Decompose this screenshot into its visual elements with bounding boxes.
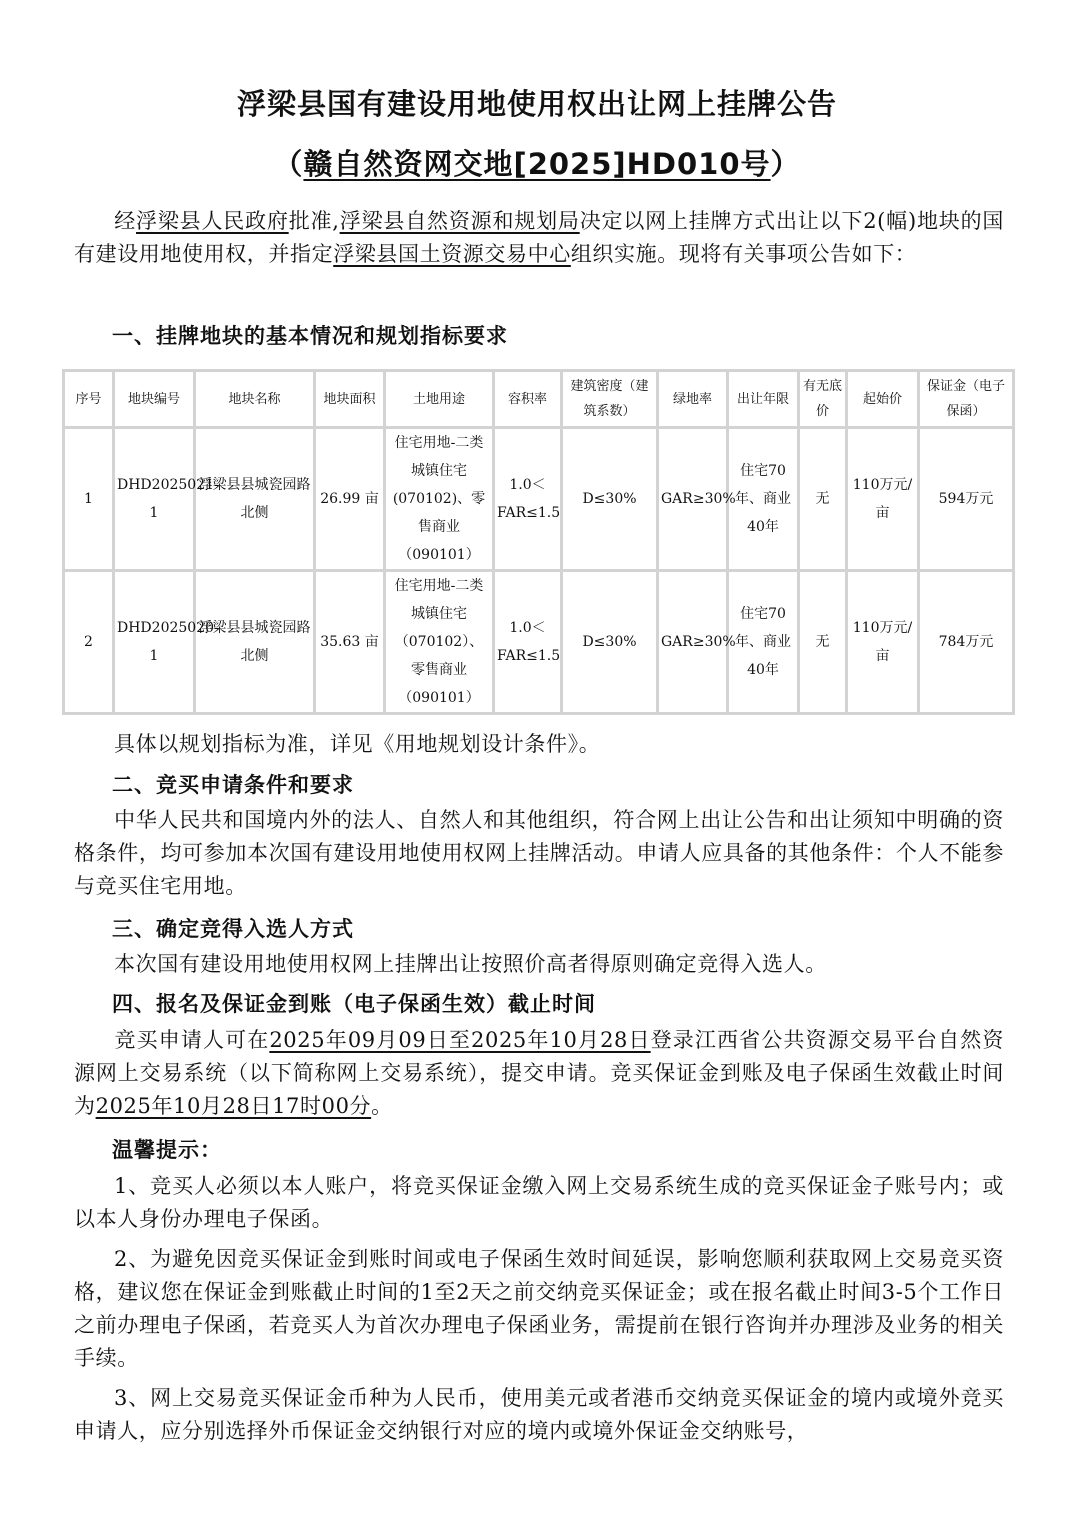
intro-text: 组织实施。现将有关事项公告如下： — [571, 242, 917, 266]
header-far: 容积率 — [494, 371, 562, 428]
header-use: 土地用途 — [385, 371, 494, 428]
header-area: 地块面积 — [315, 371, 385, 428]
document-number: （赣自然资网交地[2025]HD010号） — [0, 142, 1074, 183]
cell-start-price: 110万元/亩 — [847, 428, 919, 571]
county-government: 浮梁县人民政府 — [136, 209, 289, 233]
paren-open: （ — [273, 147, 303, 181]
land-parcel-table: 序号 地块编号 地块名称 地块面积 土地用途 容积率 建筑密度（建筑系数） 绿地… — [62, 369, 1015, 715]
deposit-deadline: 2025年10月28日17时00分 — [96, 1094, 372, 1118]
tip-item: 3、网上交易竞买保证金币种为人民币，使用美元或者港币交纳竞买保证金的境内或境外竞… — [74, 1382, 1004, 1448]
section-4-heading: 四、报名及保证金到账（电子保函生效）截止时间 — [112, 988, 596, 1018]
section-3-body: 本次国有建设用地使用权网上挂牌出让按照价高者得原则确定竞得入选人。 — [74, 948, 1004, 981]
cell-deposit: 594万元 — [919, 428, 1014, 571]
header-reserve: 有无底价 — [799, 371, 847, 428]
header-term: 出让年限 — [728, 371, 799, 428]
section-4-body: 竞买申请人可在2025年09月09日至2025年10月28日登录江西省公共资源交… — [74, 1024, 1004, 1123]
cell-code: DHD2025020-1 — [114, 571, 195, 714]
section-2-body: 中华人民共和国境内外的法人、自然人和其他组织，符合网上出让公告和出让须知中明确的… — [74, 804, 1004, 903]
tip-text: 3、网上交易竞买保证金币种为人民币，使用美元或者港币交纳竞买保证金的境内或境外竞… — [74, 1386, 1004, 1443]
header-code: 地块编号 — [114, 371, 195, 428]
intro-text: 经 — [114, 209, 136, 233]
section-4-text: 竞买申请人可在 — [114, 1028, 269, 1052]
section-1-heading: 一、挂牌地块的基本情况和规划指标要求 — [112, 320, 508, 350]
section-3-text: 本次国有建设用地使用权网上挂牌出让按照价高者得原则确定竞得入选人。 — [114, 952, 827, 976]
section-2-heading: 二、竞买申请条件和要求 — [112, 769, 354, 799]
announcement-number: 赣自然资网交地[2025]HD010号 — [303, 147, 770, 181]
cell-green: GAR≥30% — [658, 428, 728, 571]
header-density: 建筑密度（建筑系数） — [562, 371, 658, 428]
natural-resources-bureau: 浮梁县自然资源和规划局 — [340, 209, 580, 233]
intro-paragraph: 经浮梁县人民政府批准,浮梁县自然资源和规划局决定以网上挂牌方式出让以下2(幅)地… — [74, 205, 1004, 271]
cell-term: 住宅70年、商业40年 — [728, 571, 799, 714]
tip-item: 1、竞买人必须以本人账户，将竞买保证金缴入网上交易系统生成的竞买保证金子账号内；… — [74, 1170, 1004, 1236]
section-2-text: 中华人民共和国境内外的法人、自然人和其他组织，符合网上出让公告和出让须知中明确的… — [74, 808, 1004, 898]
table-header-row: 序号 地块编号 地块名称 地块面积 土地用途 容积率 建筑密度（建筑系数） 绿地… — [64, 371, 1014, 428]
cell-reserve: 无 — [799, 428, 847, 571]
cell-area: 26.99 亩 — [315, 428, 385, 571]
cell-green: GAR≥30% — [658, 571, 728, 714]
intro-text: 批准, — [289, 209, 340, 233]
cell-far: 1.0＜FAR≤1.5 — [494, 571, 562, 714]
table-row: 1 DHD2025021-1 浮梁县县城瓷园路北侧 26.99 亩 住宅用地-二… — [64, 428, 1014, 571]
cell-density: D≤30% — [562, 571, 658, 714]
cell-density: D≤30% — [562, 428, 658, 571]
header-no: 序号 — [64, 371, 114, 428]
cell-area: 35.63 亩 — [315, 571, 385, 714]
cell-term: 住宅70年、商业40年 — [728, 428, 799, 571]
cell-name: 浮梁县县城瓷园路北侧 — [195, 428, 315, 571]
cell-code: DHD2025021-1 — [114, 428, 195, 571]
header-start-price: 起始价 — [847, 371, 919, 428]
header-name: 地块名称 — [195, 371, 315, 428]
cell-use: 住宅用地-二类城镇住宅(070102)、零售商业（090101） — [385, 428, 494, 571]
table-row: 2 DHD2025020-1 浮梁县县城瓷园路北侧 35.63 亩 住宅用地-二… — [64, 571, 1014, 714]
cell-use: 住宅用地-二类城镇住宅（070102）、零售商业（090101） — [385, 571, 494, 714]
planning-note-text: 具体以规划指标为准，详见《用地规划设计条件》。 — [114, 732, 600, 756]
registration-period: 2025年09月09日至2025年10月28日 — [269, 1028, 650, 1052]
section-3-heading: 三、确定竞得入选人方式 — [112, 913, 354, 943]
cell-far: 1.0＜FAR≤1.5 — [494, 428, 562, 571]
cell-no: 1 — [64, 428, 114, 571]
tips-heading: 温馨提示： — [112, 1134, 222, 1164]
paren-close: ） — [771, 147, 801, 181]
trading-center: 浮梁县国土资源交易中心 — [333, 242, 571, 266]
cell-no: 2 — [64, 571, 114, 714]
tip-item: 2、为避免因竞买保证金到账时间或电子保函生效时间延误，影响您顺利获取网上交易竞买… — [74, 1243, 1004, 1375]
header-deposit: 保证金（电子保函） — [919, 371, 1014, 428]
section-4-text: 。 — [371, 1094, 393, 1118]
tip-text: 2、为避免因竞买保证金到账时间或电子保函生效时间延误，影响您顺利获取网上交易竞买… — [74, 1247, 1004, 1370]
cell-name: 浮梁县县城瓷园路北侧 — [195, 571, 315, 714]
header-green: 绿地率 — [658, 371, 728, 428]
cell-deposit: 784万元 — [919, 571, 1014, 714]
tip-text: 1、竞买人必须以本人账户，将竞买保证金缴入网上交易系统生成的竞买保证金子账号内；… — [74, 1174, 1004, 1231]
cell-reserve: 无 — [799, 571, 847, 714]
cell-start-price: 110万元/亩 — [847, 571, 919, 714]
document-title: 浮梁县国有建设用地使用权出让网上挂牌公告 — [0, 82, 1074, 123]
planning-note: 具体以规划指标为准，详见《用地规划设计条件》。 — [74, 728, 1004, 761]
